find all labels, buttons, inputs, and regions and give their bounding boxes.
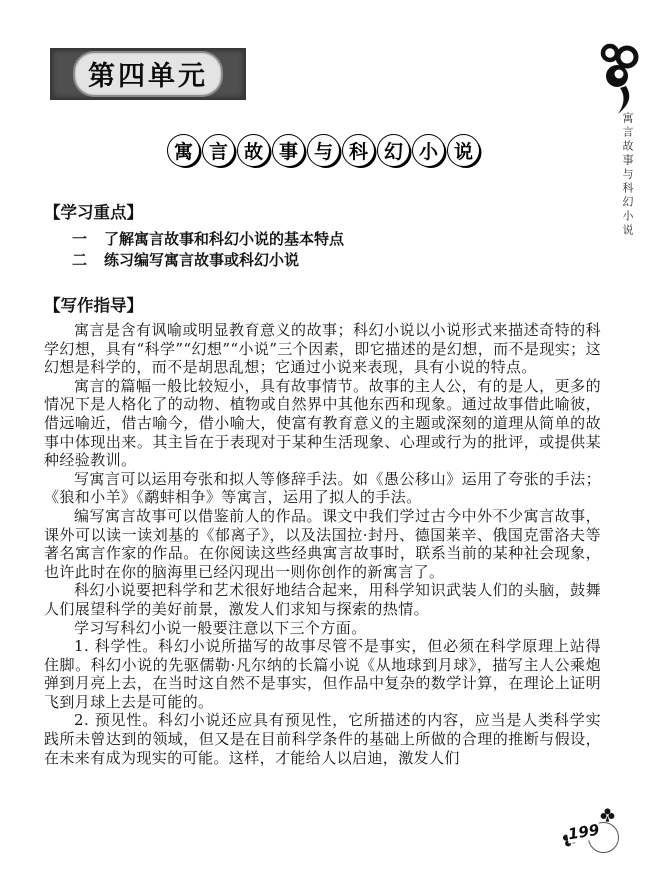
title-char-circle: 事 xyxy=(272,134,305,167)
list-item-text: 了解寓言故事和科幻小说的基本特点 xyxy=(104,229,344,250)
paragraph: 寓言的篇幅一般比较短小，具有故事情节。故事的主人公，有的是人，更多的情况下是人格… xyxy=(44,377,601,470)
title-char-circle: 说 xyxy=(447,134,480,167)
sidebar-vertical-title: 寓言故事与科幻小说 xyxy=(619,112,635,238)
title-char-circle: 言 xyxy=(202,134,235,167)
unit-banner: 第四单元 xyxy=(50,48,246,100)
list-item-number: 一 xyxy=(72,229,88,250)
main-content: 【学习重点】 一 了解寓言故事和科幻小说的基本特点 二 练习编写寓言故事或科幻小… xyxy=(44,202,601,767)
writing-guide-body: 寓言是含有讽喻或明显教育意义的故事；科幻小说以小说形式来描述奇特的科学幻想，具有… xyxy=(44,321,601,767)
clover-icon xyxy=(600,808,615,823)
paragraph: 写寓言可以运用夸张和拟人等修辞手法。如《愚公移山》运用了夸张的手法；《狼和小羊》… xyxy=(44,470,601,507)
page-number: 199 xyxy=(564,812,622,862)
list-item-number: 二 xyxy=(72,250,88,271)
list-item: 二 练习编写寓言故事或科幻小说 xyxy=(44,250,601,271)
paragraph: 科幻小说要把科学和艺术很好地结合起来，用科学知识武装人们的头脑，鼓舞人们展望科学… xyxy=(44,581,601,618)
title-char-circle: 故 xyxy=(237,134,270,167)
study-points-list: 一 了解寓言故事和科幻小说的基本特点 二 练习编写寓言故事或科幻小说 xyxy=(44,229,601,270)
paragraph: 1. 科学性。科幻小说所描写的故事尽管不是事实，但必须在科学原理上站得住脚。科幻… xyxy=(44,637,601,711)
writing-guide-header: 【写作指导】 xyxy=(44,295,601,317)
paragraph: 2. 预见性。科幻小说还应具有预见性，它所描述的内容，应当是人类科学实践所未曾达… xyxy=(44,711,601,767)
unit-banner-capsule: 第四单元 xyxy=(75,53,221,95)
title-char-circle: 幻 xyxy=(377,134,410,167)
title-char-circle: 寓 xyxy=(167,134,200,167)
unit-title-circles: 寓 言 故 事 与 科 幻 小 说 xyxy=(167,134,480,167)
unit-banner-label: 第四单元 xyxy=(88,61,208,92)
study-points-header: 【学习重点】 xyxy=(44,202,601,224)
paragraph: 编写寓言故事可以借鉴前人的作品。课文中我们学过古今中外不少寓言故事，课外可以读一… xyxy=(44,507,601,581)
paragraph: 寓言是含有讽喻或明显教育意义的故事；科幻小说以小说形式来描述奇特的科学幻想，具有… xyxy=(44,321,601,377)
textbook-page: 第四单元 寓言故事与科幻小说 寓 言 故 事 与 科 幻 小 说 【学习重点】 … xyxy=(0,0,650,890)
title-char-circle: 小 xyxy=(412,134,445,167)
floral-ornament-icon xyxy=(598,42,640,120)
list-item-text: 练习编写寓言故事或科幻小说 xyxy=(104,250,299,271)
paragraph: 学习写科幻小说一般要注意以下三个方面。 xyxy=(44,619,601,638)
list-item: 一 了解寓言故事和科幻小说的基本特点 xyxy=(44,229,601,250)
title-char-circle: 科 xyxy=(342,134,375,167)
title-char-circle: 与 xyxy=(307,134,340,167)
